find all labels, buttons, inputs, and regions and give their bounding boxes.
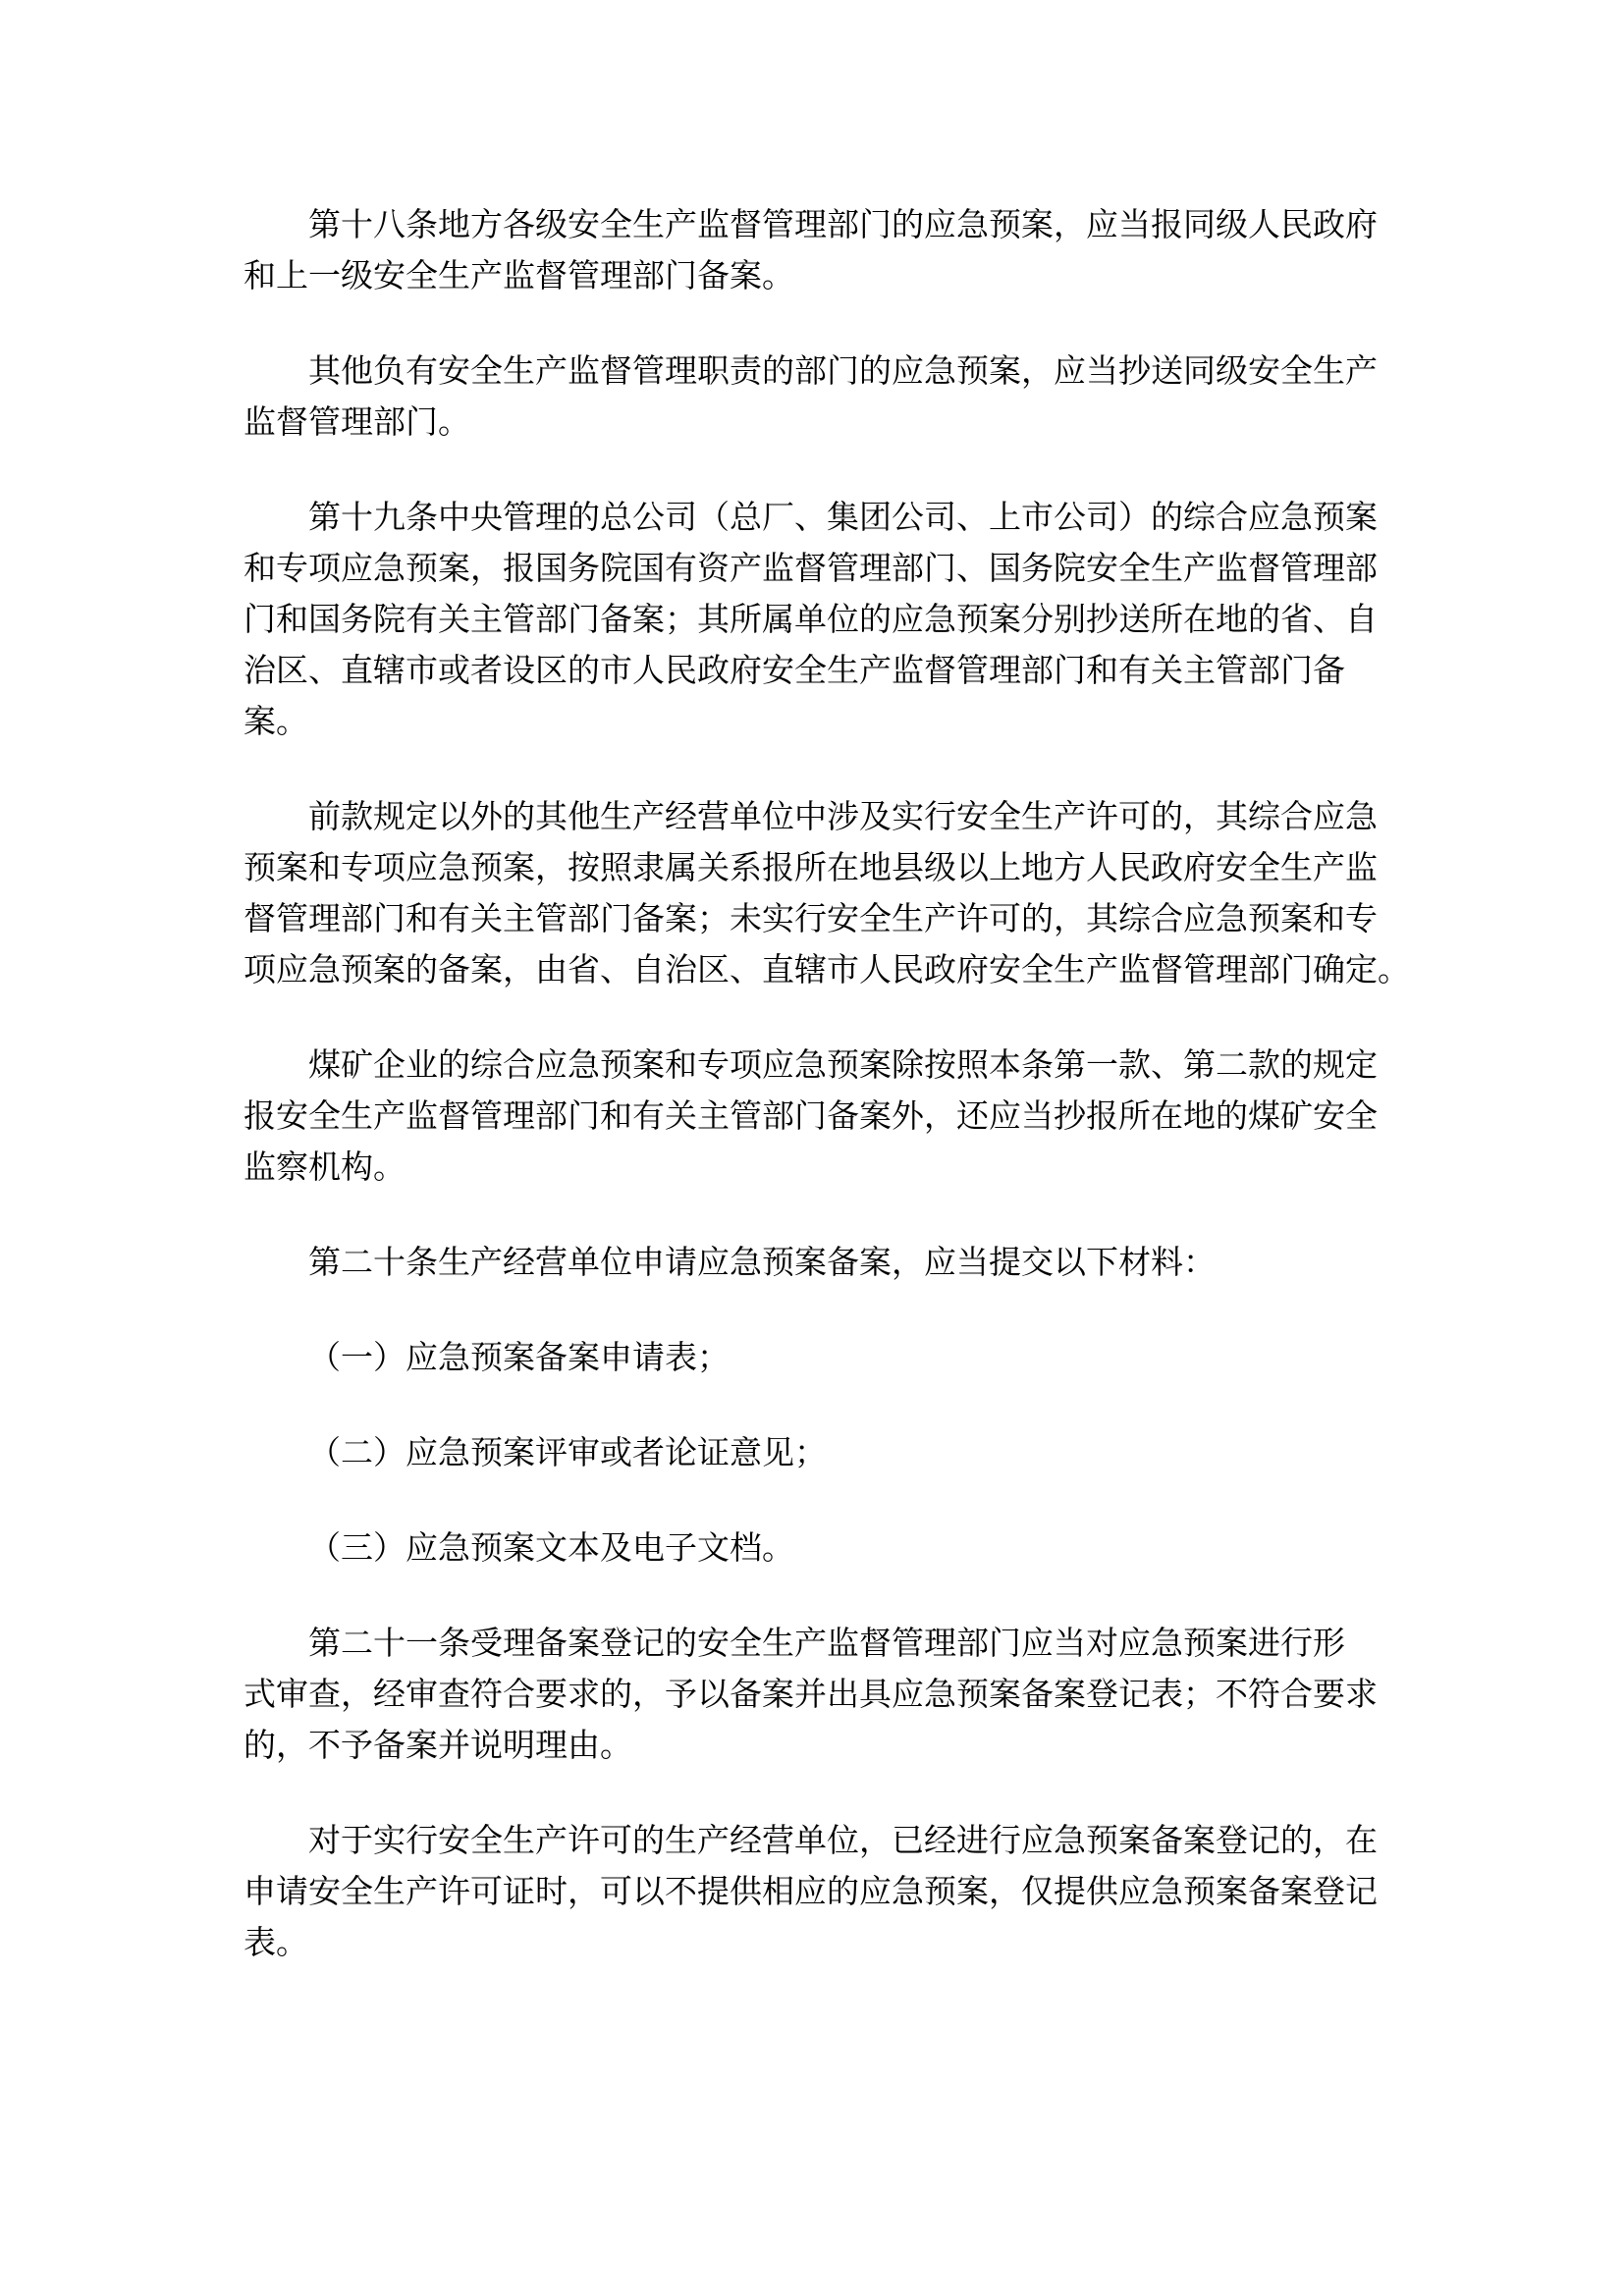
text-line: 预案和专项应急预案，按照隶属关系报所在地县级以上地方人民政府安全生产监 <box>244 843 1434 894</box>
text-line: 督管理部门和有关主管部门备案；未实行安全生产许可的，其综合应急预案和专 <box>244 894 1434 945</box>
paragraph: 煤矿企业的综合应急预案和专项应急预案除按照本条第一款、第二款的规定报安全生产监督… <box>244 1041 1434 1194</box>
paragraph: 第二十条生产经营单位申请应急预案备案，应当提交以下材料： <box>244 1238 1434 1289</box>
paragraph: 前款规定以外的其他生产经营单位中涉及实行安全生产许可的，其综合应急预案和专项应急… <box>244 792 1434 996</box>
paragraph: 第二十一条受理备案登记的安全生产监督管理部门应当对应急预案进行形式审查，经审查符… <box>244 1619 1434 1772</box>
text-line: 报安全生产监督管理部门和有关主管部门备案外，还应当抄报所在地的煤矿安全 <box>244 1092 1434 1143</box>
text-line: 其他负有安全生产监督管理职责的部门的应急预案，应当抄送同级安全生产 <box>244 347 1434 398</box>
document-page: 第十八条地方各级安全生产监督管理部门的应急预案，应当报同级人民政府和上一级安全生… <box>0 0 1624 2296</box>
paragraph: （二）应急预案评审或者论证意见； <box>244 1428 1434 1479</box>
text-line: 煤矿企业的综合应急预案和专项应急预案除按照本条第一款、第二款的规定 <box>244 1041 1434 1092</box>
text-line: 式审查，经审查符合要求的，予以备案并出具应急预案备案登记表；不符合要求 <box>244 1670 1434 1721</box>
text-line: 对于实行安全生产许可的生产经营单位，已经进行应急预案备案登记的，在 <box>244 1816 1434 1867</box>
paragraph: （一）应急预案备案申请表； <box>244 1333 1434 1384</box>
text-line: 前款规定以外的其他生产经营单位中涉及实行安全生产许可的，其综合应急 <box>244 792 1434 843</box>
document-body: 第十八条地方各级安全生产监督管理部门的应急预案，应当报同级人民政府和上一级安全生… <box>244 200 1434 2013</box>
text-line: （一）应急预案备案申请表； <box>244 1333 1434 1384</box>
text-line: 第二十一条受理备案登记的安全生产监督管理部门应当对应急预案进行形 <box>244 1619 1434 1670</box>
text-line: 门和国务院有关主管部门备案；其所属单位的应急预案分别抄送所在地的省、自 <box>244 595 1434 646</box>
paragraph: 第十九条中央管理的总公司（总厂、集团公司、上市公司）的综合应急预案和专项应急预案… <box>244 493 1434 748</box>
text-line: 和上一级安全生产监督管理部门备案。 <box>244 251 1434 302</box>
text-line: 第二十条生产经营单位申请应急预案备案，应当提交以下材料： <box>244 1238 1434 1289</box>
text-line: 表。 <box>244 1918 1434 1969</box>
text-line: 监督管理部门。 <box>244 398 1434 449</box>
paragraph: 第十八条地方各级安全生产监督管理部门的应急预案，应当报同级人民政府和上一级安全生… <box>244 200 1434 302</box>
text-line: 第十九条中央管理的总公司（总厂、集团公司、上市公司）的综合应急预案 <box>244 493 1434 544</box>
text-line: 监察机构。 <box>244 1143 1434 1194</box>
text-line: （二）应急预案评审或者论证意见； <box>244 1428 1434 1479</box>
text-line: 第十八条地方各级安全生产监督管理部门的应急预案，应当报同级人民政府 <box>244 200 1434 251</box>
text-line: 项应急预案的备案，由省、自治区、直辖市人民政府安全生产监督管理部门确定。 <box>244 945 1434 996</box>
text-line: 和专项应急预案，报国务院国有资产监督管理部门、国务院安全生产监督管理部 <box>244 544 1434 595</box>
text-line: 申请安全生产许可证时，可以不提供相应的应急预案，仅提供应急预案备案登记 <box>244 1867 1434 1918</box>
text-line: 治区、直辖市或者设区的市人民政府安全生产监督管理部门和有关主管部门备 <box>244 646 1434 697</box>
text-line: （三）应急预案文本及电子文档。 <box>244 1523 1434 1575</box>
text-line: 的，不予备案并说明理由。 <box>244 1721 1434 1772</box>
paragraph: 对于实行安全生产许可的生产经营单位，已经进行应急预案备案登记的，在申请安全生产许… <box>244 1816 1434 1969</box>
paragraph: 其他负有安全生产监督管理职责的部门的应急预案，应当抄送同级安全生产监督管理部门。 <box>244 347 1434 449</box>
text-line: 案。 <box>244 697 1434 748</box>
paragraph: （三）应急预案文本及电子文档。 <box>244 1523 1434 1575</box>
